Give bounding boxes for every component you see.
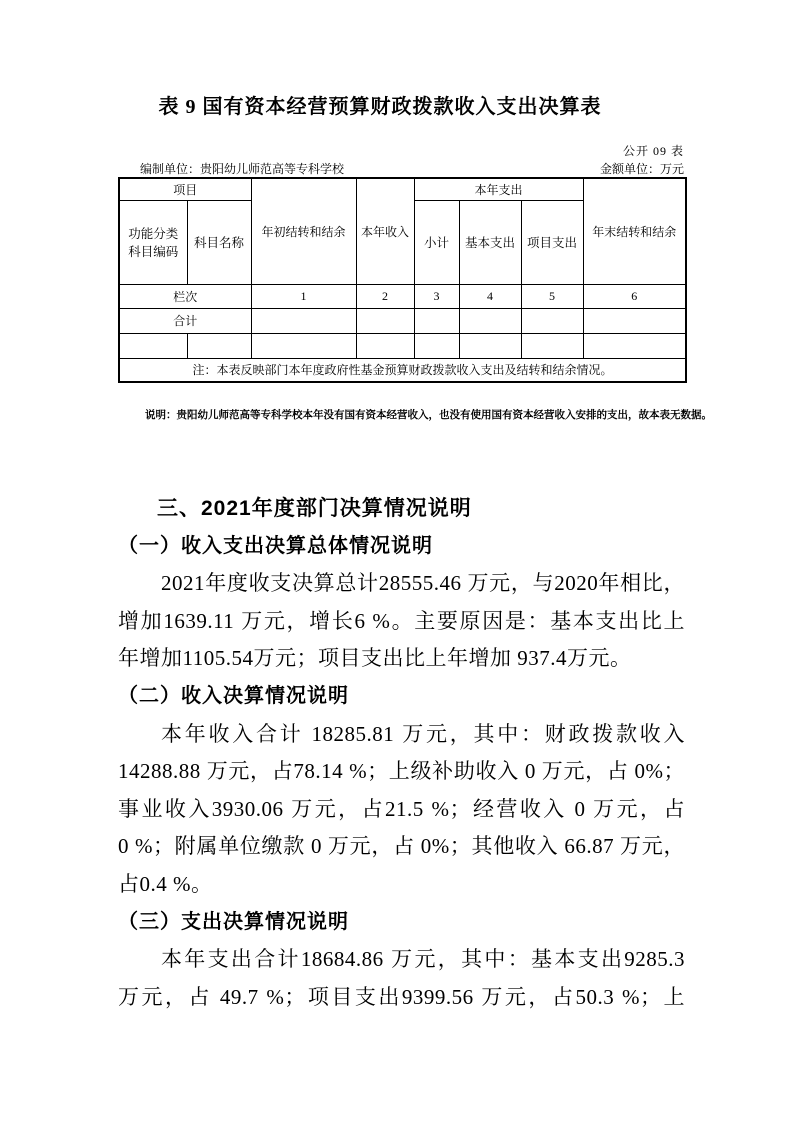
prepared-by-label: 编制单位：贵阳幼儿师范高等专科学校	[140, 160, 344, 177]
document-page: 表 9 国有资本经营预算财政拨款收入支出决算表 公开 09 表 编制单位：贵阳幼…	[0, 0, 793, 1122]
table-meta-row: 编制单位：贵阳幼儿师范高等专科学校 金额单位：万元	[140, 160, 684, 177]
table-note-cell: 注：本表反映部门本年度政府性基金预算财政拨款收入支出及结转和结余情况。	[119, 358, 686, 382]
header-cell-year-expense: 本年支出	[414, 178, 583, 200]
budget-table: 项目 年初结转和结余 本年收入 本年支出 年末结转和结余 功能分类 科目编码 科…	[118, 177, 687, 383]
column-index-row: 栏次 1 2 3 4 5 6	[119, 284, 686, 308]
doc-number-label: 公开 09 表	[623, 142, 684, 159]
column-index-cell: 6	[583, 284, 686, 308]
paragraph-line: 事业收入3930.06 万元，占21.5 %；经营收入 0 万元，占	[118, 791, 685, 829]
total-label-cell: 合计	[119, 308, 251, 333]
header-cell-project: 项目	[119, 178, 251, 200]
empty-data-row	[119, 333, 686, 358]
empty-cell	[356, 308, 414, 333]
header-cell-end-balance: 年末结转和结余	[583, 178, 686, 284]
empty-cell	[187, 333, 251, 358]
paragraph-line: 本年收入合计 18285.81 万元，其中：财政拨款收入	[118, 716, 685, 754]
empty-cell	[459, 333, 521, 358]
table-note-row: 注：本表反映部门本年度政府性基金预算财政拨款收入支出及结转和结余情况。	[119, 358, 686, 382]
amount-unit-label: 金额单位：万元	[600, 160, 684, 177]
empty-cell	[356, 333, 414, 358]
total-row: 合计	[119, 308, 686, 333]
empty-cell	[521, 333, 583, 358]
subsection-heading-2: （二）收入决算情况说明	[118, 678, 685, 716]
header-row-1: 项目 年初结转和结余 本年收入 本年支出 年末结转和结余	[119, 178, 686, 200]
empty-cell	[583, 333, 686, 358]
empty-cell	[251, 333, 356, 358]
column-index-cell: 3	[414, 284, 459, 308]
column-index-cell: 1	[251, 284, 356, 308]
subsection-heading-1: （一）收入支出决算总体情况说明	[118, 528, 685, 566]
header-cell-func-code: 功能分类 科目编码	[119, 200, 187, 284]
empty-cell	[251, 308, 356, 333]
empty-cell	[583, 308, 686, 333]
empty-cell	[459, 308, 521, 333]
func-code-line2: 科目编码	[128, 245, 178, 259]
header-cell-basic-expense: 基本支出	[459, 200, 521, 284]
lanci-label-cell: 栏次	[119, 284, 251, 308]
header-cell-subtotal: 小计	[414, 200, 459, 284]
page-title: 表 9 国有资本经营预算财政拨款收入支出决算表	[100, 90, 660, 119]
section-heading-main: 三、2021年度部门决算情况说明	[118, 490, 685, 528]
paragraph-line: 0 %；附属单位缴款 0 万元，占 0%；其他收入 66.87 万元，	[118, 828, 685, 866]
column-index-cell: 4	[459, 284, 521, 308]
paragraph-line: 增加1639.11 万元，增长6 %。主要原因是：基本支出比上	[118, 603, 685, 641]
header-cell-project-expense: 项目支出	[521, 200, 583, 284]
column-index-cell: 5	[521, 284, 583, 308]
empty-cell	[119, 333, 187, 358]
header-cell-year-income: 本年收入	[356, 178, 414, 284]
paragraph-line: 14288.88 万元，占78.14 %；上级补助收入 0 万元，占 0%；	[118, 753, 685, 791]
paragraph-line: 本年支出合计18684.86 万元，其中：基本支出9285.3	[118, 941, 685, 979]
paragraph-line: 万元，占 49.7 %；项目支出9399.56 万元，占50.3 %；上	[118, 979, 685, 1017]
empty-cell	[521, 308, 583, 333]
header-cell-begin-balance: 年初结转和结余	[251, 178, 356, 284]
empty-cell	[414, 308, 459, 333]
paragraph-line: 2021年度收支决算总计28555.46 万元，与2020年相比，	[118, 565, 685, 603]
paragraph-line: 占0.4 %。	[118, 866, 685, 904]
subsection-heading-3: （三）支出决算情况说明	[118, 904, 685, 942]
narrative-content: 三、2021年度部门决算情况说明 （一）收入支出决算总体情况说明 2021年度收…	[118, 490, 685, 1016]
table-remark-text: 说明：贵阳幼儿师范高等专科学校本年没有国有资本经营收入，也没有使用国有资本经营收…	[145, 407, 712, 422]
empty-cell	[414, 333, 459, 358]
paragraph-line: 年增加1105.54万元；项目支出比上年增加 937.4万元。	[118, 640, 685, 678]
func-code-line1: 功能分类	[128, 227, 178, 241]
header-cell-subject-name: 科目名称	[187, 200, 251, 284]
column-index-cell: 2	[356, 284, 414, 308]
